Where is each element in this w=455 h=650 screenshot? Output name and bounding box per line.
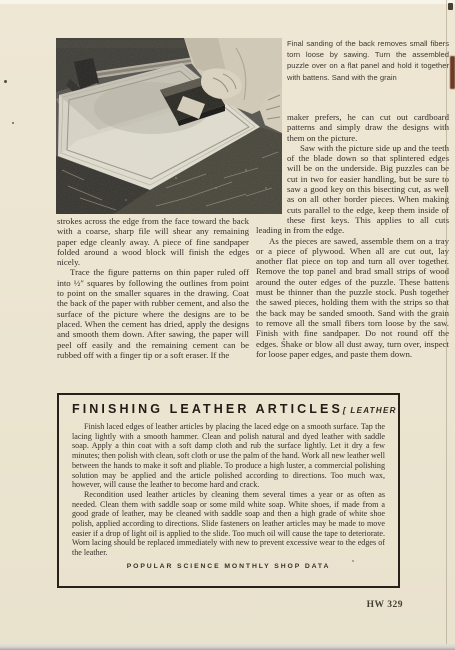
photo-wrap-spacer bbox=[256, 112, 287, 218]
paragraph: Recondition used leather articles by cle… bbox=[72, 490, 385, 558]
dust-speck bbox=[4, 80, 7, 83]
leather-articles-box: FINISHING LEATHER ARTICLES [ LEATHER CRA… bbox=[57, 393, 400, 588]
article-left-column: strokes across the edge from the face to… bbox=[57, 216, 249, 360]
paragraph: As the pieces are sawed, assemble them o… bbox=[256, 236, 449, 360]
leather-craft-tag: [ LEATHER CRAFT ] bbox=[343, 406, 400, 415]
corner-speck bbox=[448, 3, 453, 10]
page-number: HW 329 bbox=[362, 600, 403, 610]
puzzle-sanding-photo bbox=[56, 38, 282, 214]
dust-speck bbox=[283, 338, 285, 340]
leather-box-header: FINISHING LEATHER ARTICLES [ LEATHER CRA… bbox=[72, 402, 385, 416]
page-bottom-edge bbox=[0, 644, 455, 650]
leather-box-title: FINISHING LEATHER ARTICLES bbox=[72, 402, 343, 416]
paragraph: strokes across the edge from the face to… bbox=[57, 216, 249, 267]
paragraph: Trace the figure patterns on thin paper … bbox=[57, 267, 249, 360]
page-crease-line bbox=[446, 0, 447, 650]
dust-speck bbox=[352, 560, 354, 562]
scanned-magazine-page: Final sanding of the back removes small … bbox=[0, 0, 455, 650]
leather-box-body: Finish laced edges of leather articles b… bbox=[72, 422, 385, 558]
dust-speck bbox=[12, 122, 14, 124]
page-top-edge bbox=[0, 0, 455, 4]
puzzle-sanding-photo-image bbox=[56, 38, 282, 214]
red-edge-mark bbox=[450, 56, 455, 89]
article-right-column: maker prefers, he can cut out cardboard … bbox=[256, 112, 449, 359]
paragraph: Finish laced edges of leather articles b… bbox=[72, 422, 385, 490]
shop-data-footer: POPULAR SCIENCE MONTHLY SHOP DATA bbox=[72, 563, 385, 570]
photo-caption: Final sanding of the back removes small … bbox=[287, 38, 449, 83]
